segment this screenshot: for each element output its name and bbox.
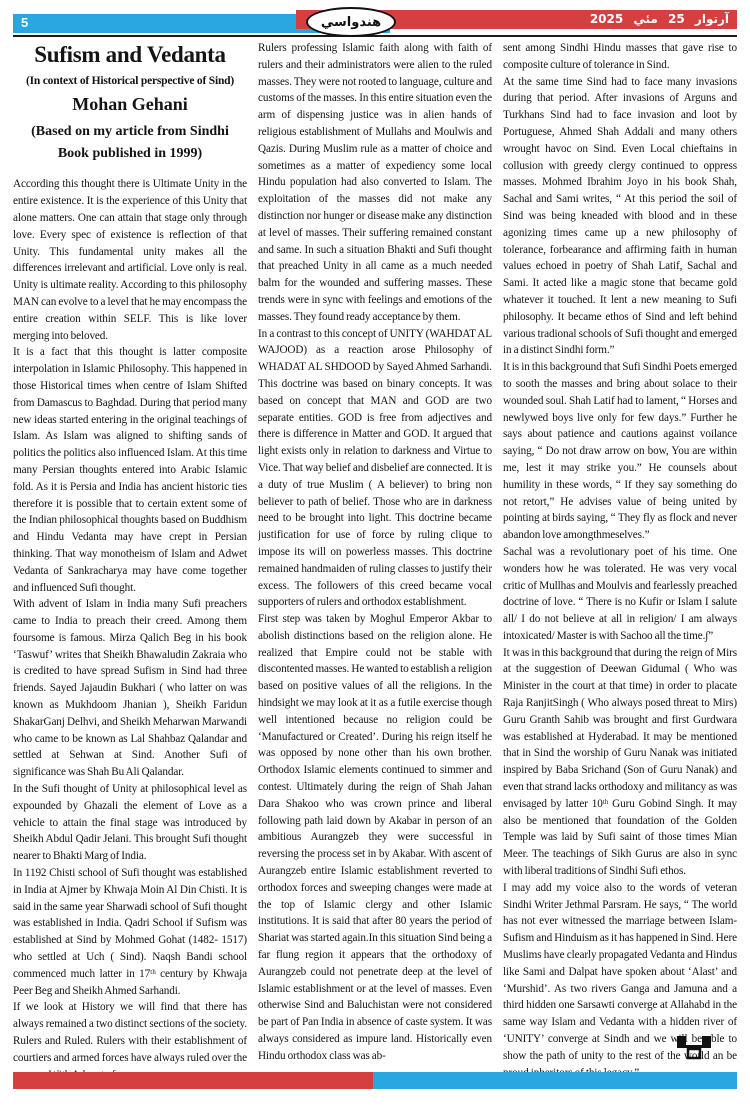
- paragraph: With advent of Islam in India many Sufi …: [13, 596, 247, 781]
- paragraph: In 1192 Chisti school of Sufi thought wa…: [13, 865, 247, 999]
- paragraph: In a contrast to this concept of UNITY (…: [258, 326, 492, 612]
- article-subtitle: (In context of Historical perspective of…: [13, 75, 247, 87]
- page-number: 5: [21, 15, 28, 30]
- article-title: Sufism and Vedanta: [13, 42, 247, 68]
- article-source-note: (Based on my article from Sindhi Book pu…: [13, 121, 247, 164]
- paragraph: It is in this background that Sufi Sindh…: [503, 359, 737, 544]
- paragraph: In the Sufi thought of Unity at philosop…: [13, 781, 247, 865]
- issue-date: آرتوار 25 مئي 2025: [590, 12, 729, 26]
- column-3: sent among Sindhi Hindu masses that gave…: [503, 40, 737, 1072]
- column-2-paragraphs: Rulers professing Islamic faith along wi…: [258, 40, 492, 1065]
- paragraph: First step was taken by Moghul Emperor A…: [258, 611, 492, 1065]
- masthead-text: هندواسي: [321, 15, 381, 30]
- paragraph: Sachal was a revolutionary poet of his t…: [503, 544, 737, 645]
- paragraph: It was in this background that during th…: [503, 645, 737, 880]
- paragraph: If we look at History we will find that …: [13, 999, 247, 1072]
- article-title-block: Sufism and Vedanta (In context of Histor…: [13, 42, 247, 164]
- paragraph: sent among Sindhi Hindu masses that gave…: [503, 40, 737, 74]
- footer-bar-red: [13, 1072, 373, 1089]
- column-2: Rulers professing Islamic faith along wi…: [258, 40, 492, 1072]
- article-body: Sufism and Vedanta (In context of Histor…: [13, 40, 737, 1072]
- paragraph: At the same time Sind had to face many i…: [503, 74, 737, 360]
- article-author: Mohan Gehani: [13, 94, 247, 115]
- newspaper-page: 5 آرتوار 25 مئي 2025 هندواسي Sufism and …: [0, 0, 750, 1109]
- end-of-article-mark: [676, 1036, 712, 1060]
- column-1-paragraphs: According this thought there is Ultimate…: [13, 176, 247, 1072]
- column-1: Sufism and Vedanta (In context of Histor…: [13, 40, 247, 1072]
- paragraph: It is a fact that this thought is latter…: [13, 344, 247, 596]
- footer-bar-blue: [373, 1072, 737, 1089]
- masthead-oval: هندواسي: [306, 7, 396, 37]
- column-3-paragraphs: sent among Sindhi Hindu masses that gave…: [503, 40, 737, 1072]
- paragraph: According this thought there is Ultimate…: [13, 176, 247, 344]
- header-rule: [13, 35, 737, 37]
- paragraph: Rulers professing Islamic faith along wi…: [258, 40, 492, 326]
